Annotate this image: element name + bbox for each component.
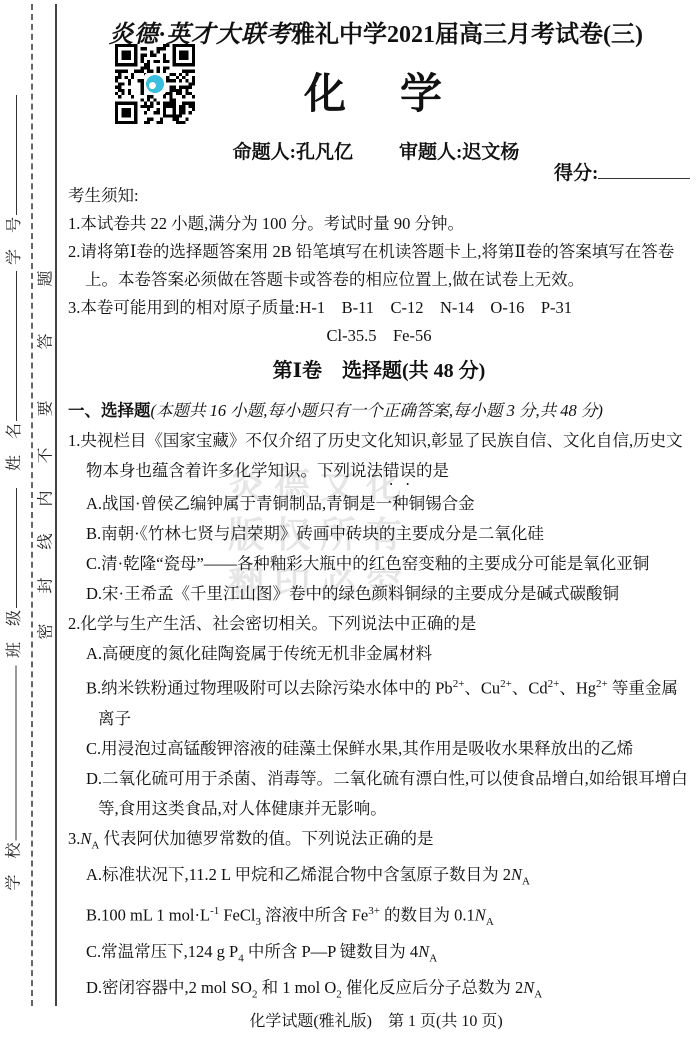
atomic-masses-line2: Cl-35.5 Fe-56 bbox=[68, 322, 690, 350]
page-footer: 化学试题(雅礼版) 第 1 页(共 10 页) bbox=[60, 1008, 692, 1031]
notice-item-1: 1.本试卷共 22 小题,满分为 100 分。考试时量 90 分钟。 bbox=[68, 210, 690, 238]
score-blank-line bbox=[598, 160, 690, 179]
option-d: D.密闭容器中,2 mol SO2 和 1 mol O2 催化反应后分子总数为 … bbox=[86, 973, 690, 1009]
stem-text: 化学与生产生活、社会密切相关。下列说法中正确的是 bbox=[80, 614, 476, 633]
body-text: 考生须知: 1.本试卷共 22 小题,满分为 100 分。考试时量 90 分钟。… bbox=[68, 182, 690, 1009]
question-2-stem: 2.化学与生产生活、社会密切相关。下列说法中正确的是 bbox=[68, 609, 690, 639]
qr-logo-icon bbox=[144, 73, 166, 95]
question-1-stem: 1.央视栏目《国家宝藏》不仅介绍了历史文化知识,彰显了民族自信、文化自信,历史文… bbox=[68, 426, 690, 489]
seal-phrase-char: 封 bbox=[33, 573, 56, 599]
question-number: 3. bbox=[68, 829, 80, 848]
option-a: A.战国·曾侯乙编钟属于青铜制品,青铜是一种铜锡合金 bbox=[86, 489, 690, 519]
question-3-options: A.标准状况下,11.2 L 甲烷和乙烯混合物中含氢原子数目为 2NA B.10… bbox=[86, 860, 690, 1010]
seal-phrase-char: 要 bbox=[33, 396, 56, 422]
option-b: B.南朝·《竹林七贤与启荣期》砖画中砖块的主要成分是二氧化硅 bbox=[86, 519, 690, 549]
exam-paper-page: 炎德文化 版权所有 翻印必究 学 号 姓 名 班 级 学 校 题 答 要 不 内… bbox=[0, 0, 700, 1049]
seal-phrase-char: 题 bbox=[33, 266, 56, 292]
question-number: 1. bbox=[68, 431, 80, 450]
questions-area: 1.央视栏目《国家宝藏》不仅介绍了历史文化知识,彰显了民族自信、文化自信,历史文… bbox=[68, 426, 690, 1009]
option-c: C.常温常压下,124 g P4 中所含 P—P 键数目为 4NA bbox=[86, 937, 690, 973]
notice-item-2: 2.请将第Ⅰ卷的选择题答案用 2B 铅笔填写在机读答题卡上,将第Ⅱ卷的答案填写在… bbox=[68, 238, 690, 294]
fill-field-student-number: 学 号 bbox=[2, 95, 26, 265]
question-1-options: A.战国·曾侯乙编钟属于青铜制品,青铜是一种铜锡合金 B.南朝·《竹林七贤与启荣… bbox=[86, 489, 690, 609]
question-number: 2. bbox=[68, 614, 80, 633]
option-a: A.标准状况下,11.2 L 甲烷和乙烯混合物中含氢原子数目为 2NA bbox=[86, 860, 690, 896]
stem-emphasized-text: 错误 bbox=[383, 461, 416, 480]
option-a: A.高硬度的氮化硅陶瓷属于传统无机非金属材料 bbox=[86, 639, 690, 669]
score-field: 得分: bbox=[554, 158, 690, 185]
score-label: 得分: bbox=[554, 163, 598, 184]
option-c: C.用浸泡过高锰酸钾溶液的硅藻土保鲜水果,其作用是吸收水果释放出的乙烯 bbox=[86, 734, 690, 764]
option-d: D.二氧化硫可用于杀菌、消毒等。二氧化硫有漂白性,可以使食品增白,如给银耳增白等… bbox=[86, 764, 690, 824]
fill-field-name: 姓 名 bbox=[2, 271, 26, 471]
fill-field-label: 学 号 bbox=[4, 217, 26, 265]
fill-field-label: 班 级 bbox=[4, 610, 26, 658]
option-d: D.宋·王希孟《千里江山图》卷中的绿色颜料铜绿的主要成分是碱式碳酸铜 bbox=[86, 579, 690, 609]
notice-heading: 考生须知: bbox=[68, 182, 690, 210]
seal-phrase-char: 不 bbox=[33, 443, 56, 469]
main-column: 炎德·英才大联考雅礼中学2021届高三月考试卷(三) 化 学 命题人:孔凡亿审题… bbox=[60, 0, 692, 164]
part-one-lead: 一、选择题(本题共 16 小题,每小题只有一个正确答案,每小题 3 分,共 48… bbox=[68, 396, 690, 426]
fill-blank-line bbox=[16, 271, 17, 421]
fill-field-class: 班 级 bbox=[2, 488, 26, 658]
seal-phrase-char: 线 bbox=[33, 529, 56, 555]
fill-field-label: 学 校 bbox=[4, 842, 26, 890]
qr-code bbox=[113, 44, 197, 129]
fill-field-label: 姓 名 bbox=[4, 423, 26, 471]
question-2-options: A.高硬度的氮化硅陶瓷属于传统无机非金属材料 B.纳米铁粉通过物理吸附可以去除污… bbox=[86, 639, 690, 824]
stem-text: 央视栏目《国家宝藏》不仅介绍了历史文化知识,彰显了民族自信、文化自信,历史文物本… bbox=[80, 431, 682, 480]
notice-item-3: 3.本卷可能用到的相对原子质量:H-1 B-11 C-12 N-14 O-16 … bbox=[68, 294, 690, 322]
fill-field-school: 学 校 bbox=[2, 666, 26, 891]
seal-phrase-char: 内 bbox=[33, 486, 56, 512]
question-3-stem: 3.NA 代表阿伏加德罗常数的值。下列说法正确的是 bbox=[68, 824, 690, 860]
stem-text: NA 代表阿伏加德罗常数的值。下列说法正确的是 bbox=[80, 829, 433, 848]
option-b: B.100 mL 1 mol·L-1 FeCl3 溶液中所含 Fe3+ 的数目为… bbox=[86, 896, 690, 937]
option-c: C.清·乾隆“瓷母”——各种釉彩大瓶中的红色窑变釉的主要成分可能是氧化亚铜 bbox=[86, 549, 690, 579]
fill-blank-line bbox=[16, 488, 17, 608]
fill-blank-line bbox=[16, 95, 17, 215]
qr-code-image bbox=[113, 44, 197, 124]
option-b: B.纳米铁粉通过物理吸附可以去除污染水体中的 Pb2+、Cu2+、Cd2+、Hg… bbox=[86, 669, 690, 734]
seal-phrase-char: 密 bbox=[33, 619, 56, 645]
stem-text: 的是 bbox=[416, 461, 449, 480]
seal-phrase-char: 答 bbox=[33, 329, 56, 355]
section-heading: 第Ⅰ卷 选择题(共 48 分) bbox=[68, 356, 690, 386]
fill-blank-line bbox=[16, 666, 17, 841]
exam-title-text: 雅礼中学2021届高三月考试卷(三) bbox=[291, 22, 643, 48]
reviewer-label: 审题人:迟文杨 bbox=[399, 137, 519, 164]
part-one-lead-title: 一、选择题 bbox=[68, 401, 151, 420]
proposer-label: 命题人:孔凡亿 bbox=[233, 137, 353, 164]
part-one-lead-note: (本题共 16 小题,每小题只有一个正确答案,每小题 3 分,共 48 分) bbox=[151, 401, 603, 420]
